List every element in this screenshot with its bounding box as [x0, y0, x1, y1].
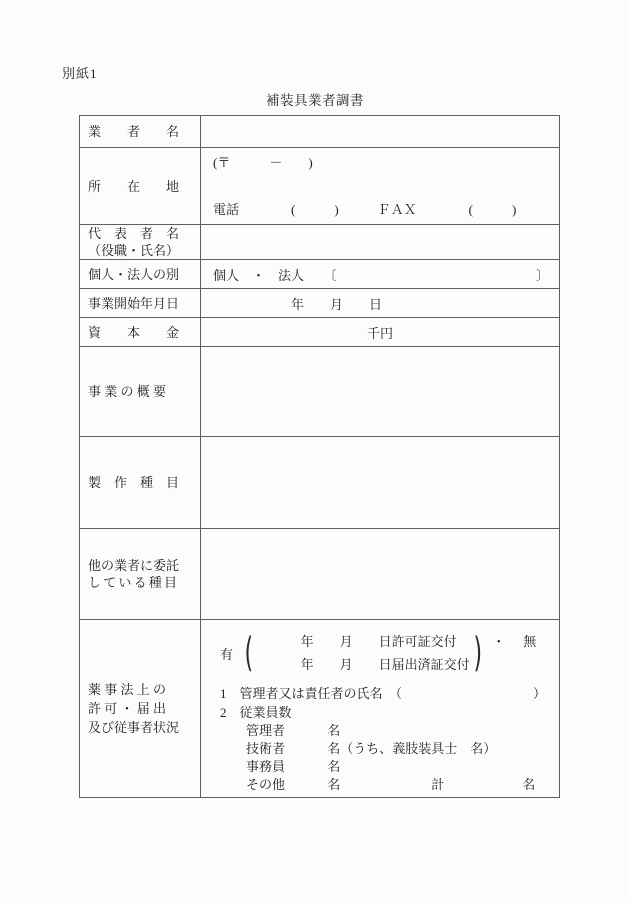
- outsourced-items-label-line1: 他の業者に委託: [88, 557, 192, 574]
- page-title: 補装具業者調書: [0, 89, 630, 109]
- address-label-cell: 所 在 地: [80, 148, 201, 225]
- row-outsourced-items: 他の業者に委託 している種目: [80, 529, 560, 620]
- production-items-label-cell: 製 作 種 目: [80, 437, 201, 529]
- permit-no-option: 無: [523, 630, 536, 654]
- entity-type-label: 個人・法人の別: [88, 266, 192, 283]
- permit-cert-line: 年 月 日許可証交付: [301, 630, 470, 653]
- document-page: 別紙1 補装具業者調書 業 者 名 所 在 地 (〒 － ) 電話 ( ) ＦＡ…: [0, 0, 630, 903]
- business-outline-field: [201, 347, 560, 437]
- employee-line-clerk: 事務員 名: [220, 758, 546, 776]
- start-date-field: 年 月 日: [201, 289, 560, 318]
- row-start-date: 事業開始年月日 年 月 日: [80, 289, 560, 318]
- option-separator-dot: ・: [492, 630, 505, 654]
- row-entity-type: 個人・法人の別 個人 ・ 法人 〔 〕: [80, 260, 560, 289]
- entity-type-options: 個人 ・ 法人 〔: [213, 265, 337, 284]
- form-table: 業 者 名 所 在 地 (〒 － ) 電話 ( ) ＦＡＸ ( ) 代 表 者 …: [79, 115, 560, 798]
- capital-field: 千円: [201, 318, 560, 347]
- attachment-label: 別紙1: [62, 63, 98, 82]
- representative-label-cell: 代 表 者 名 （役職・氏名）: [80, 225, 201, 260]
- pharma-label-line2: 許 可 ・ 届 出: [88, 699, 192, 718]
- row-capital: 資 本 金 千円: [80, 318, 560, 347]
- representative-label-line1: 代 表 者 名: [88, 225, 192, 242]
- row-representative: 代 表 者 名 （役職・氏名）: [80, 225, 560, 260]
- representative-label-line2: （役職・氏名）: [88, 242, 192, 259]
- permit-issuance-row: 有 ( 年 月 日許可証交付 年 月 日届出済証交付 ) ・ 無: [220, 630, 546, 676]
- start-date-label: 事業開始年月日: [88, 295, 192, 312]
- capital-unit: 千円: [213, 323, 559, 342]
- production-items-label: 製 作 種 目: [88, 474, 192, 491]
- row-pharma-status: 薬 事 法 上 の 許 可 ・ 届 出 及び従事者状況 有 ( 年 月 日許可証…: [80, 620, 560, 798]
- employee-line-manager: 管理者 名: [220, 722, 546, 740]
- capital-label: 資 本 金: [88, 324, 192, 341]
- entity-type-field: 個人 ・ 法人 〔 〕: [201, 260, 560, 289]
- business-outline-label: 事 業 の 概 要: [88, 383, 192, 400]
- right-brace: ): [473, 631, 482, 675]
- representative-field: [201, 225, 560, 260]
- phone-fax-line: 電話 ( ) ＦＡＸ ( ): [213, 199, 559, 218]
- employee-line-technician: 技術者 名（うち、義肢装具士 名）: [220, 740, 546, 758]
- outsourced-items-label-cell: 他の業者に委託 している種目: [80, 529, 201, 620]
- business-name-label-cell: 業 者 名: [80, 116, 201, 148]
- start-date-label-cell: 事業開始年月日: [80, 289, 201, 318]
- pharma-label-cell: 薬 事 法 上 の 許 可 ・ 届 出 及び従事者状況: [80, 620, 201, 798]
- notification-cert-line: 年 月 日届出済証交付: [301, 653, 470, 676]
- entity-type-label-cell: 個人・法人の別: [80, 260, 201, 289]
- postal-code-line: (〒 － ): [213, 152, 559, 171]
- manager-name-close-paren: ）: [533, 685, 546, 703]
- business-name-label: 業 者 名: [88, 123, 192, 140]
- employee-line-other: その他 名 計 名: [220, 776, 546, 794]
- production-items-field: [201, 437, 560, 529]
- pharma-field: 有 ( 年 月 日許可証交付 年 月 日届出済証交付 ) ・ 無 1 管理者又は…: [201, 620, 560, 798]
- outsourced-items-field: [201, 529, 560, 620]
- permit-date-stack: 年 月 日許可証交付 年 月 日届出済証交付: [301, 630, 470, 676]
- business-name-field: [201, 116, 560, 148]
- manager-name-label: 1 管理者又は責任者の氏名 （: [220, 685, 402, 703]
- pharma-label-line1: 薬 事 法 上 の: [88, 680, 192, 699]
- row-address: 所 在 地 (〒 － ) 電話 ( ) ＦＡＸ ( ): [80, 148, 560, 225]
- permit-yes-option: 有: [220, 644, 233, 663]
- address-label: 所 在 地: [88, 178, 192, 195]
- employee-count-heading: 2 従業員数: [220, 704, 546, 722]
- address-field: (〒 － ) 電話 ( ) ＦＡＸ ( ): [201, 148, 560, 225]
- left-brace: (: [245, 631, 254, 675]
- row-production-items: 製 作 種 目: [80, 437, 560, 529]
- row-business-name: 業 者 名: [80, 116, 560, 148]
- outsourced-items-label-line2: している種目: [88, 574, 192, 591]
- capital-label-cell: 資 本 金: [80, 318, 201, 347]
- row-business-outline: 事 業 の 概 要: [80, 347, 560, 437]
- business-outline-label-cell: 事 業 の 概 要: [80, 347, 201, 437]
- pharma-label-line3: 及び従事者状況: [88, 718, 192, 737]
- start-date-placeholders: 年 月 日: [213, 294, 559, 313]
- entity-type-close-bracket: 〕: [536, 265, 549, 284]
- manager-name-line: 1 管理者又は責任者の氏名 （ ）: [220, 685, 546, 703]
